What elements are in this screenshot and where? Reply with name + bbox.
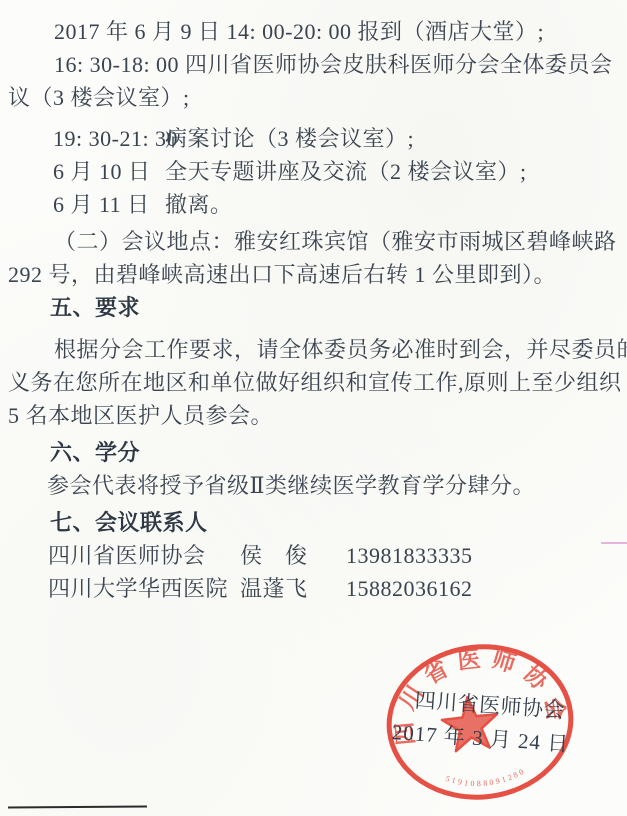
contact-name: 侯 俊 bbox=[240, 539, 346, 572]
contact-phone: 13981833335 bbox=[346, 539, 473, 572]
schedule-desc: 病案讨论（3 楼会议室）; bbox=[165, 122, 414, 155]
schedule-time: 19: 30-21: 30 bbox=[53, 122, 165, 155]
contact-org: 四川省医师协会 bbox=[48, 539, 240, 572]
schedule-line-committee-meeting: 16: 30-18: 00 四川省医师协会皮肤科医师分会全体委员会 bbox=[8, 48, 621, 81]
section5-heading: 五、要求 bbox=[8, 291, 621, 324]
section6-body: 参会代表将授予省级Ⅱ类继续医学教育学分肆分。 bbox=[8, 469, 621, 502]
contact-org: 四川大学华西医院 bbox=[48, 572, 240, 605]
schedule-time: 6 月 11 日 bbox=[53, 188, 165, 221]
section5-body-line-1: 根据分会工作要求，请全体委员务必准时到会，并尽委员的 bbox=[8, 333, 621, 366]
contact-row: 四川省医师协会 侯 俊 13981833335 bbox=[8, 539, 621, 572]
scan-artifact-bottom-line bbox=[8, 806, 147, 809]
venue-line-2: 292 号，由碧峰峡高速出口下高速后右转 1 公里即到）。 bbox=[8, 258, 621, 291]
schedule-row-lectures: 6 月 10 日 全天专题讲座及交流（2 楼会议室）; bbox=[8, 155, 621, 188]
schedule-line-registration: 2017 年 6 月 9 日 14: 00-20: 00 报到（酒店大堂）; bbox=[8, 15, 621, 48]
schedule-row-case-discussion: 19: 30-21: 30 病案讨论（3 楼会议室）; bbox=[8, 122, 621, 155]
schedule-desc: 全天专题讲座及交流（2 楼会议室）; bbox=[165, 155, 527, 188]
contact-row: 四川大学华西医院 温蓬飞 15882036162 bbox=[8, 572, 621, 605]
contact-name: 温蓬飞 bbox=[240, 572, 346, 605]
schedule-row-departure: 6 月 11 日 撤离。 bbox=[8, 188, 621, 221]
contact-phone: 15882036162 bbox=[346, 572, 473, 605]
section5-body-line-3: 5 名本地区医护人员参会。 bbox=[8, 399, 621, 432]
section7-heading: 七、会议联系人 bbox=[8, 506, 621, 539]
section5-body-line-2: 义务在您所在地区和单位做好组织和宣传工作,原则上至少组织 bbox=[8, 366, 621, 399]
scan-artifact-pink-line bbox=[601, 542, 627, 544]
section6-heading: 六、学分 bbox=[8, 436, 621, 469]
schedule-desc: 撤离。 bbox=[165, 188, 233, 221]
venue-line-1: （二）会议地点：雅安红珠宾馆（雅安市雨城区碧峰峡路 bbox=[8, 225, 621, 258]
document-body: 2017 年 6 月 9 日 14: 00-20: 00 报到（酒店大堂）; 1… bbox=[0, 0, 627, 605]
schedule-line-committee-meeting-cont: 议（3 楼会议室）; bbox=[8, 81, 621, 114]
schedule-time: 6 月 10 日 bbox=[53, 155, 165, 188]
